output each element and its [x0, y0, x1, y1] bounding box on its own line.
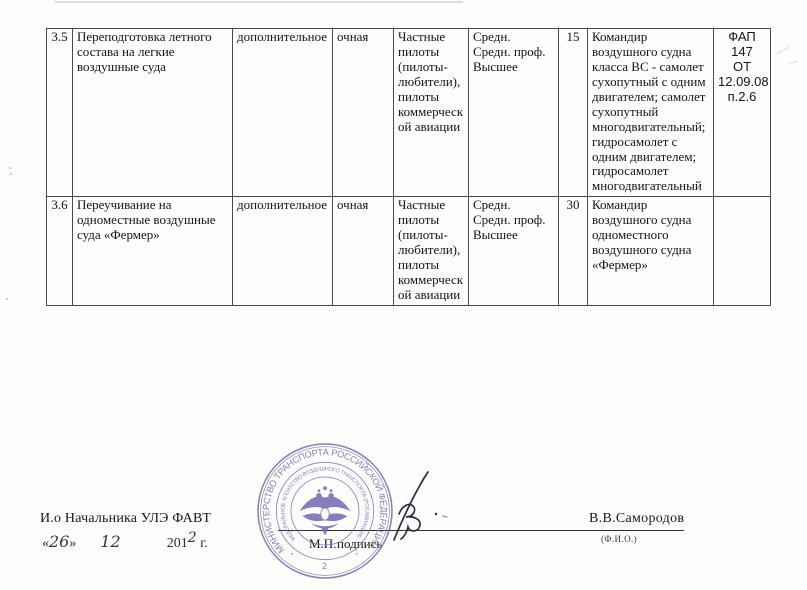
cell-program-name: Переподготовка летного состава на легкие… — [73, 29, 233, 197]
cell-education-level: Средн. Средн. проф. Высшее — [469, 29, 559, 197]
cell-qualification: Командир воздушного судна одноместного в… — [588, 197, 714, 306]
quote-open: « — [42, 536, 49, 551]
cell-education-level: Средн. Средн. проф. Высшее — [469, 197, 559, 306]
cell-study-form: очная — [333, 197, 394, 306]
cell-legal-basis: ФАП 147 ОТ 12.09.08 п.2.6 — [714, 29, 771, 197]
cell-program-type: дополнительное — [233, 197, 333, 306]
table-row-3-5: 3.5 Переподготовка летного состава на ле… — [47, 29, 771, 197]
signature-dash — [443, 516, 447, 517]
official-title: И.о Начальника УЛЭ ФАВТ — [40, 511, 211, 527]
cell-legal-basis — [714, 197, 771, 306]
year-suffix: г. — [200, 536, 208, 551]
scan-scratch — [777, 47, 790, 54]
scan-speck — [6, 298, 8, 300]
scan-scratch — [789, 60, 798, 64]
table-row-3-6: 3.6 Переучивание на одноместные воздушны… — [47, 197, 771, 306]
cell-hours: 15 — [559, 29, 588, 197]
scan-streak — [55, 1, 463, 3]
stamp-star-left: * — [291, 552, 294, 560]
scan-speck — [9, 167, 11, 169]
cell-program-name: Переучивание на одноместные воздушные су… — [73, 197, 233, 306]
handwritten-year-digit: 2 — [188, 530, 197, 546]
signature-dot — [435, 513, 437, 515]
eagle-emblem-icon — [300, 486, 351, 535]
date-line: «26»122012 г. — [42, 532, 208, 552]
quote-close: » — [69, 536, 76, 551]
training-programs-table: 3.5 Переподготовка летного состава на ле… — [46, 28, 771, 306]
scanned-document-page: 3.5 Переподготовка летного состава на ле… — [0, 0, 807, 590]
year-printed: 201 — [167, 536, 188, 551]
handwritten-day: 26 — [49, 532, 69, 551]
cell-study-form: очная — [333, 29, 394, 197]
cell-row-number: 3.5 — [47, 29, 73, 197]
signatory-name: В.В.Самородов — [589, 511, 684, 527]
cell-row-number: 3.6 — [47, 197, 73, 306]
stamp-number: 2 — [322, 561, 327, 571]
cell-program-type: дополнительное — [233, 29, 333, 197]
cell-hours: 30 — [559, 197, 588, 306]
cell-contingent: Частные пилоты (пилоты-любители), пилоты… — [394, 197, 469, 306]
stamp-star-right: * — [355, 552, 358, 560]
cell-qualification: Командир воздушного судна класса ВС - са… — [588, 29, 714, 197]
handwritten-signature — [368, 462, 464, 546]
handwritten-month: 12 — [100, 532, 120, 551]
cell-contingent: Частные пилоты (пилоты-любители), пилоты… — [394, 29, 469, 197]
scan-speck — [10, 173, 12, 175]
fio-caption: (Ф.И.О.) — [601, 534, 637, 544]
